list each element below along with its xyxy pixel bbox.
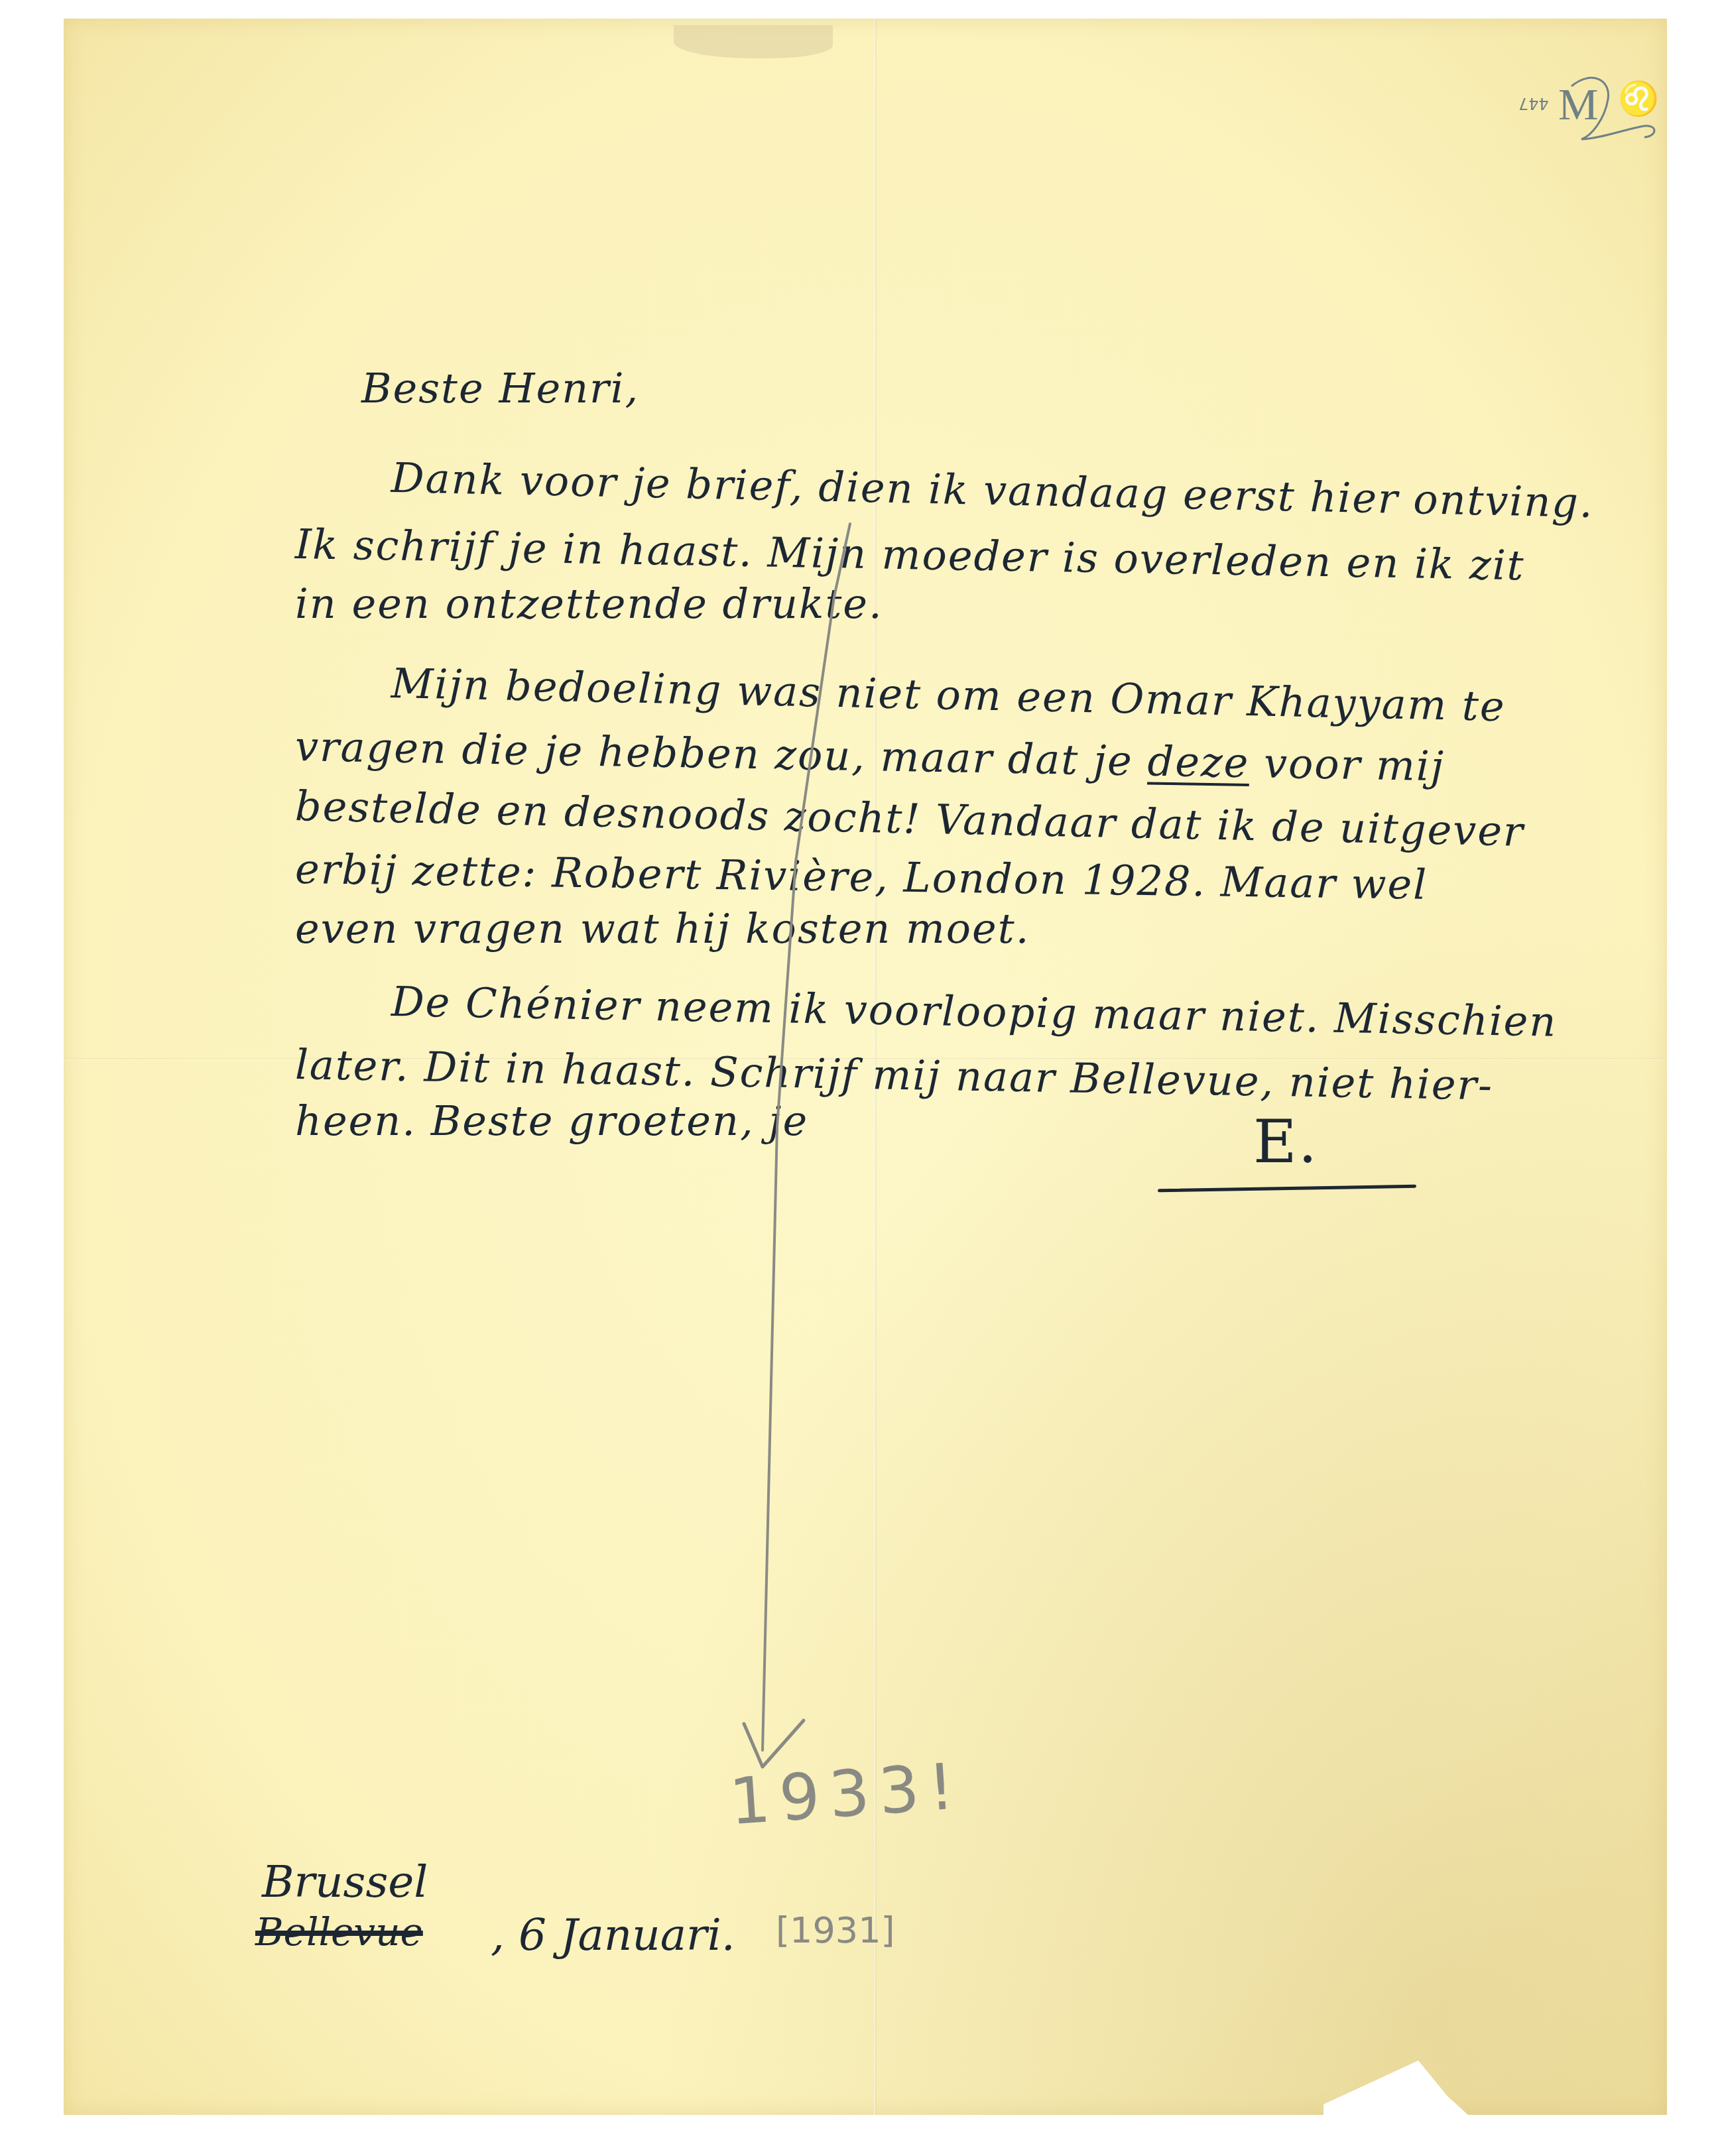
archival-year: [1931]	[776, 1909, 895, 1951]
place-struck-through: Bellevue	[255, 1909, 423, 1954]
letter-date: , 6 Januari.	[491, 1909, 735, 1960]
place-correction: Brussel	[262, 1856, 428, 1907]
pencil-arrow-icon	[0, 0, 1720, 2156]
